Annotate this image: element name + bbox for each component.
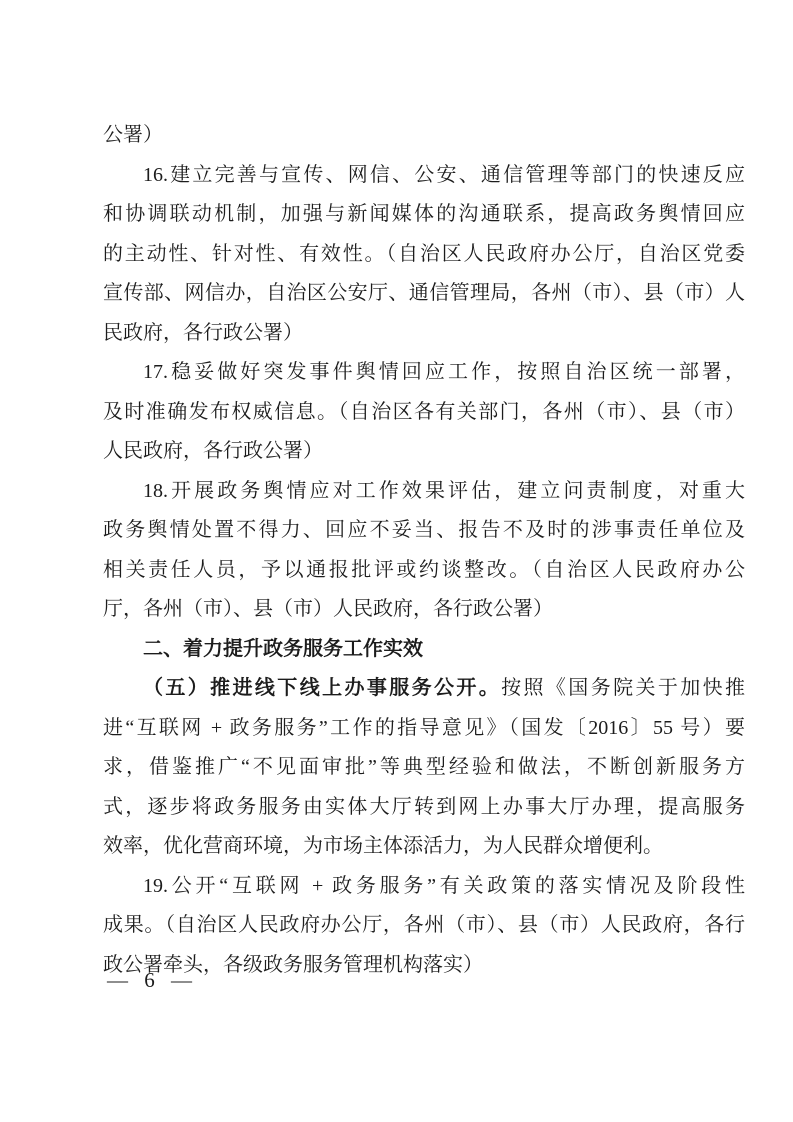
- item-17-line-1: 17.稳妥做好突发事件舆情回应工作，按照自治区统一部署，: [103, 353, 745, 393]
- item-17-line-3: 人民政府，各行政公署）: [103, 432, 745, 472]
- item-18-line-2: 政务舆情处置不得力、回应不妥当、报告不及时的涉事责任单位及: [103, 511, 745, 551]
- item-5-line-5: 效率，优化营商环境，为市场主体添活力，为人民群众增便利。: [103, 827, 745, 867]
- item-19-line-3: 政公署牵头，各级政务服务管理机构落实）: [103, 946, 745, 986]
- item-5-line-3: 求，借鉴推广“不见面审批”等典型经验和做法，不断创新服务方: [103, 748, 745, 788]
- item-18-line-1: 18.开展政务舆情应对工作效果评估，建立问责制度，对重大: [103, 472, 745, 512]
- item-16-line-3: 的主动性、针对性、有效性。（自治区人民政府办公厅，自治区党委: [103, 235, 745, 275]
- item-17-line-2: 及时准确发布权威信息。（自治区各有关部门，各州（市）、县（市）: [103, 393, 745, 433]
- item-18-line-3: 相关责任人员，予以通报批评或约谈整改。（自治区人民政府办公: [103, 551, 745, 591]
- item-5-heading-rest: 按照《国务院关于加快推: [501, 677, 745, 699]
- item-19-line-1: 19.公开“互联网 + 政务服务”有关政策的落实情况及阶段性: [103, 867, 745, 907]
- page-number: — 6 —: [107, 968, 193, 992]
- section-2-heading: 二、着力提升政务服务工作实效: [103, 630, 745, 670]
- item-16-line-2: 和协调联动机制，加强与新闻媒体的沟通联系，提高政务舆情回应: [103, 195, 745, 235]
- continuation-line: 公署）: [103, 116, 745, 156]
- item-5-heading-bold-lead: （五）推进线下线上办事服务公开。: [143, 677, 501, 699]
- item-18-line-4: 厅，各州（市）、县（市）人民政府，各行政公署）: [103, 590, 745, 630]
- item-16-line-5: 民政府，各行政公署）: [103, 314, 745, 354]
- text-column: 公署） 16.建立完善与宣传、网信、公安、通信管理等部门的快速反应 和协调联动机…: [103, 116, 745, 985]
- item-19-line-2: 成果。（自治区人民政府办公厅，各州（市）、县（市）人民政府，各行: [103, 906, 745, 946]
- item-5-line-4: 式，逐步将政务服务由实体大厅转到网上办事大厅办理，提高服务: [103, 788, 745, 828]
- item-5-heading-line: （五）推进线下线上办事服务公开。按照《国务院关于加快推: [103, 669, 745, 709]
- item-16-line-1: 16.建立完善与宣传、网信、公安、通信管理等部门的快速反应: [103, 156, 745, 196]
- item-16-line-4: 宣传部、网信办，自治区公安厅、通信管理局，各州（市）、县（市）人: [103, 274, 745, 314]
- item-5-line-2: 进“互联网 + 政务服务”工作的指导意见》（国发〔2016〕55 号）要: [103, 709, 745, 749]
- document-page: 公署） 16.建立完善与宣传、网信、公安、通信管理等部门的快速反应 和协调联动机…: [0, 0, 793, 1122]
